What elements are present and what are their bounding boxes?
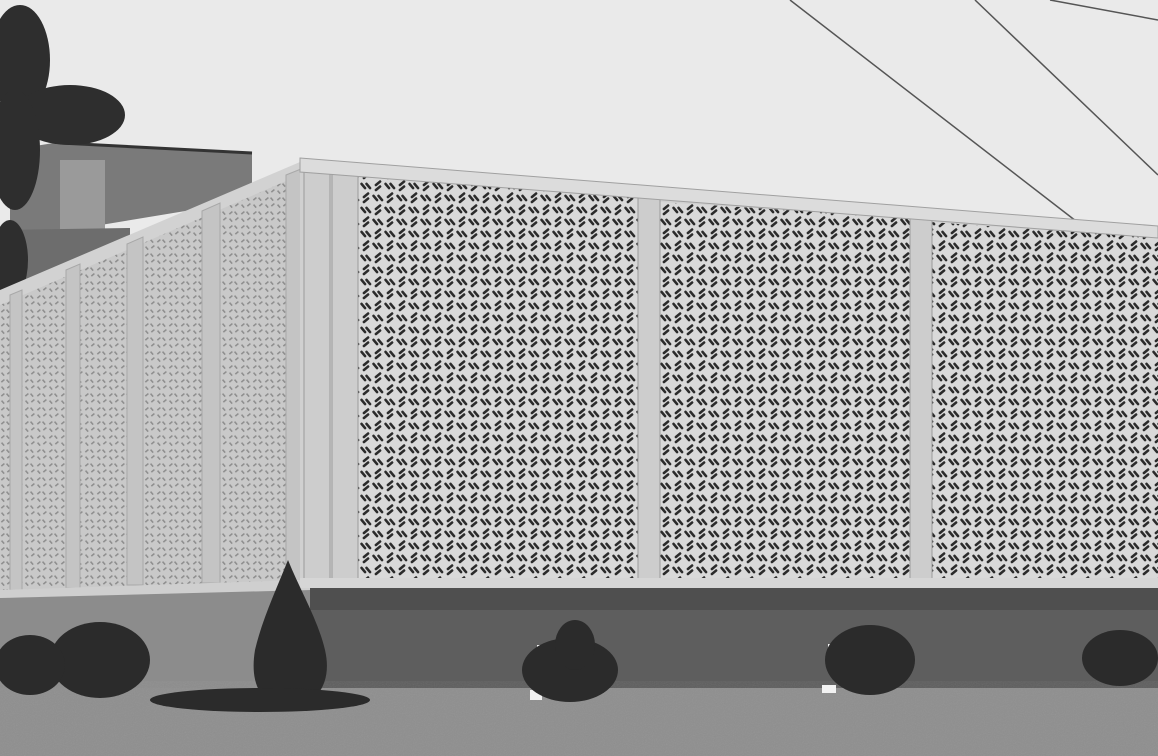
- panel-1: [357, 177, 640, 578]
- screen-wall-photo: [0, 0, 1158, 756]
- panel-3: [930, 222, 1158, 580]
- panel-2: [660, 202, 912, 580]
- photo-scene: [0, 0, 1158, 756]
